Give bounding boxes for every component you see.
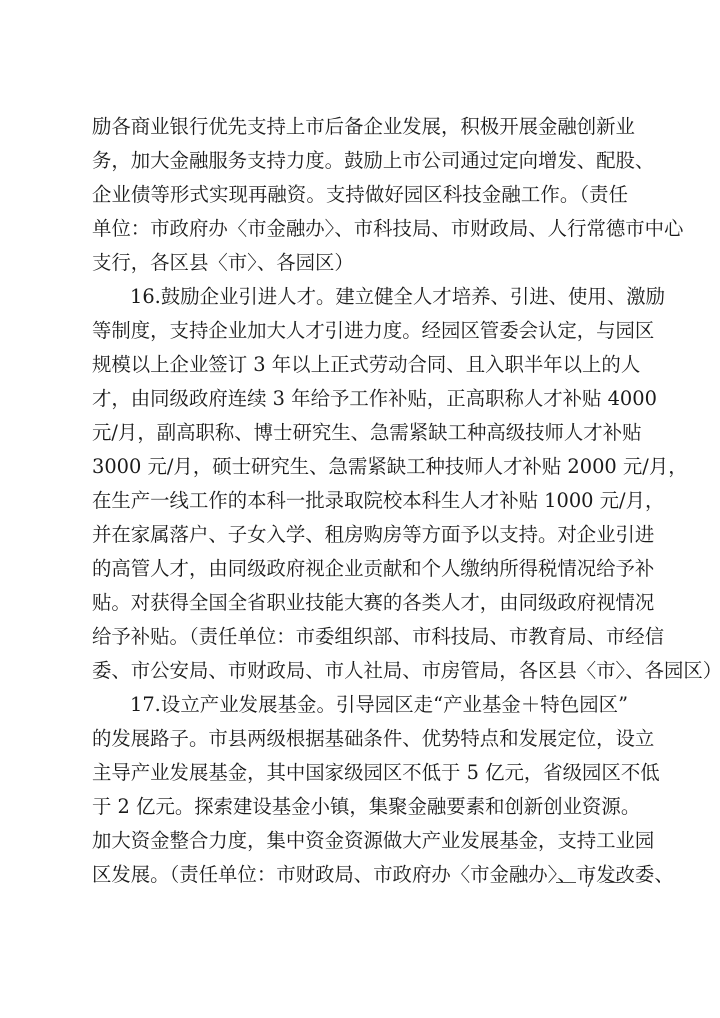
page-number-value: 7 (584, 872, 597, 892)
text-line: 励各商业银行优先支持上市后备企业发展，积极开展金融创新业 (92, 110, 628, 144)
section-heading-17: 17.设立产业发展基金。引导园区走“产业基金＋特色园区” (92, 688, 628, 722)
section-heading-16: 16.鼓励企业引进人才。建立健全人才培养、引进、使用、激励 (92, 280, 628, 314)
text-line: 单位：市政府办〈市金融办〉、市科技局、市财政局、人行常德市中心 (92, 212, 628, 246)
text-line: 3000 元/月，硕士研究生、急需紧缺工种技师人才补贴 2000 元/月， (92, 450, 628, 484)
text-line: 支行，各区县〈市〉、各园区） (92, 246, 628, 280)
text-line: 的发展路子。市县两级根据基础条件、优势特点和发展定位，设立 (92, 722, 628, 756)
text-line: 给予补贴。（责任单位：市委组织部、市科技局、市教育局、市经信 (92, 620, 628, 654)
document-page: 励各商业银行优先支持上市后备企业发展，积极开展金融创新业 务，加大金融服务支持力… (0, 0, 720, 1018)
text-line: 贴。对获得全国全省职业技能大赛的各类人才，由同级政府视情况 (92, 586, 628, 620)
text-line: 于 2 亿元。探索建设基金小镇，集聚金融要素和创新创业资源。 (92, 790, 628, 824)
text-line: 才，由同级政府连续 3 年给予工作补贴，正高职称人才补贴 4000 (92, 382, 628, 416)
body-text: 励各商业银行优先支持上市后备企业发展，积极开展金融创新业 务，加大金融服务支持力… (92, 110, 628, 892)
text-line: 加大资金整合力度，集中资金资源做大产业发展基金，支持工业园 (92, 824, 628, 858)
dash-left (556, 882, 576, 883)
text-line: 企业债等形式实现再融资。支持做好园区科技金融工作。（责任 (92, 178, 628, 212)
text-line: 主导产业发展基金，其中国家级园区不低于 5 亿元，省级园区不低 (92, 756, 628, 790)
text-line: 规模以上企业签订 3 年以上正式劳动合同、且入职半年以上的人 (92, 348, 628, 382)
text-line: 元/月，副高职称、博士研究生、急需紧缺工种高级技师人才补贴 (92, 416, 628, 450)
text-line: 等制度，支持企业加大人才引进力度。经园区管委会认定，与园区 (92, 314, 628, 348)
text-line: 的高管人才，由同级政府视企业贡献和个人缴纳所得税情况给予补 (92, 552, 628, 586)
page-number: 7 (548, 872, 633, 892)
text-line: 务，加大金融服务支持力度。鼓励上市公司通过定向增发、配股、 (92, 144, 628, 178)
dash-right (605, 882, 625, 883)
text-line: 委、市公安局、市财政局、市人社局、市房管局，各区县〈市〉、各园区） (92, 654, 628, 688)
text-line: 并在家属落户、子女入学、租房购房等方面予以支持。对企业引进 (92, 518, 628, 552)
text-line: 在生产一线工作的本科一批录取院校本科生人才补贴 1000 元/月， (92, 484, 628, 518)
